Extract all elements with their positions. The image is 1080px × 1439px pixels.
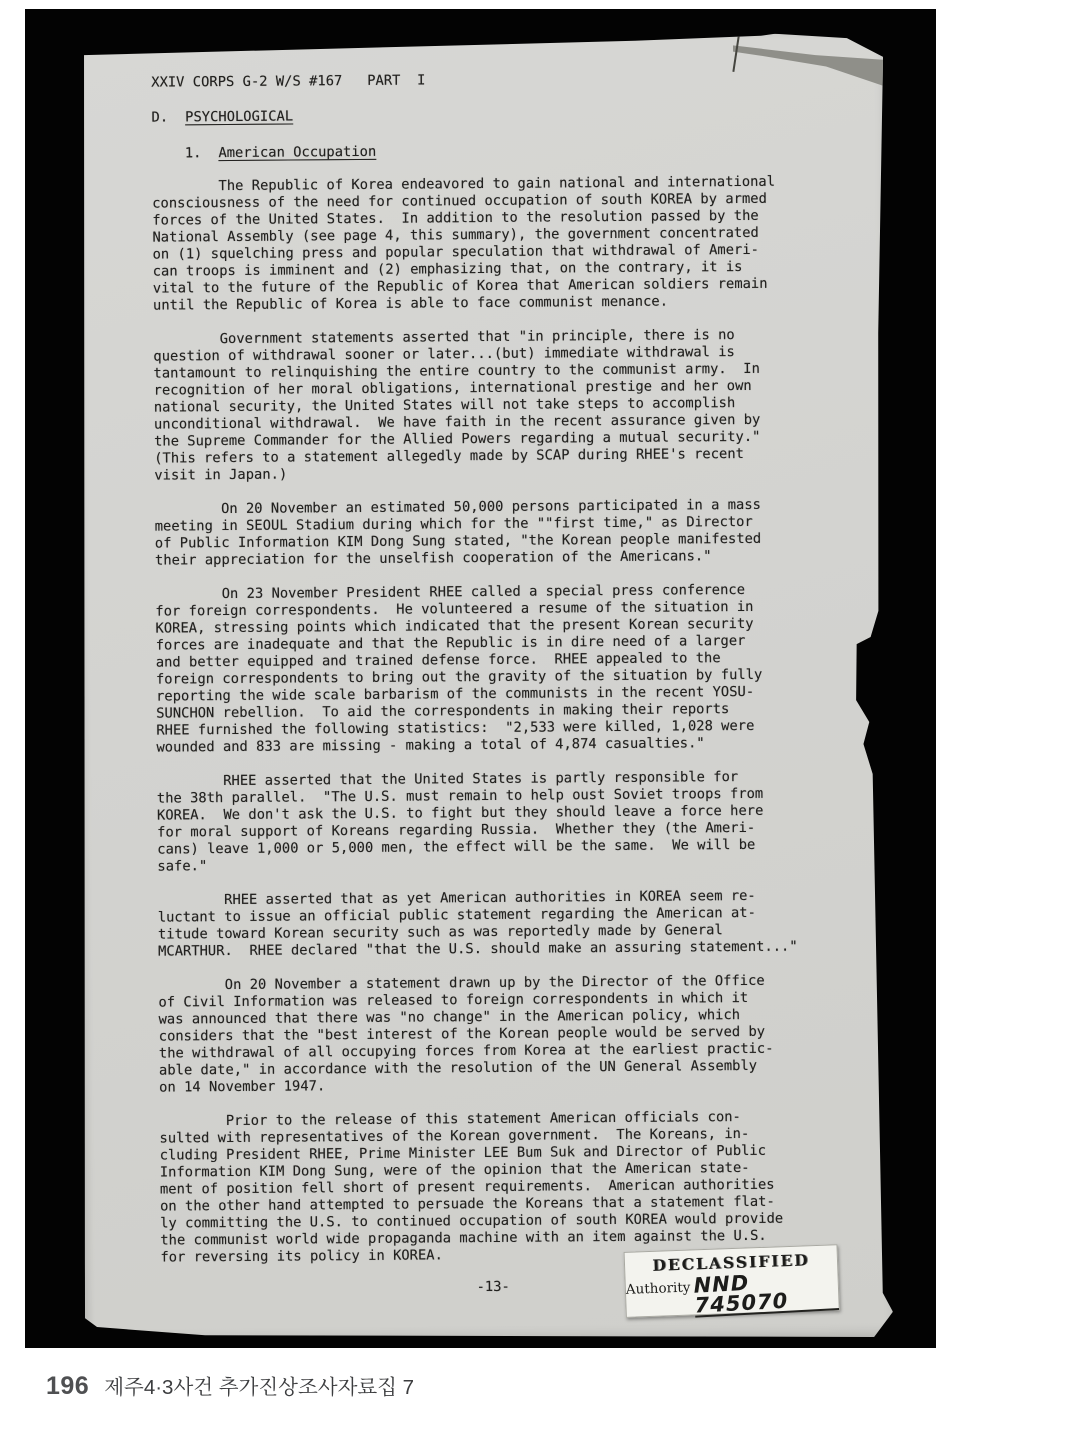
paragraph-5: RHEE asserted that the United States is … (157, 768, 823, 875)
document-header: XXIV CORPS G-2 W/S #167 PART I (151, 69, 816, 91)
book-page-number: 196 (46, 1372, 89, 1401)
subsection-title: American Occupation (218, 144, 376, 161)
section-heading: D.PSYCHOLOGICAL (151, 104, 816, 126)
subsection-heading: 1.American Occupation (185, 140, 817, 162)
paragraph-3: On 20 November an estimated 50,000 perso… (155, 496, 821, 569)
paragraph-7: On 20 November a statement drawn up by t… (158, 972, 824, 1096)
document-page: XXIV CORPS G-2 W/S #167 PART I D.PSYCHOL… (75, 33, 893, 1343)
paragraph-4: On 23 November President RHEE called a s… (155, 581, 821, 756)
paragraph-6: RHEE asserted that as yet American autho… (158, 887, 824, 960)
book-footer-caption: 196 제주4·3사건 추가진상조사자료집 7 (46, 1370, 414, 1401)
paragraph-1: The Republic of Korea endeavored to gain… (152, 173, 818, 314)
paragraph-8: Prior to the release of this statement A… (159, 1108, 825, 1266)
subsection-label: 1. (185, 145, 202, 161)
section-label: D. (151, 109, 168, 125)
paper-crack (732, 36, 739, 72)
paragraph-2: Government statements asserted that "in … (153, 326, 819, 484)
declassified-stamp-authority: Authority NND 745070 (625, 1269, 838, 1319)
scan-background: XXIV CORPS G-2 W/S #167 PART I D.PSYCHOL… (25, 9, 936, 1348)
book-title: 제주4·3사건 추가진상조사자료집 7 (104, 1370, 414, 1400)
authority-number-handwritten: NND 745070 (693, 1268, 840, 1318)
declassified-stamp: DECLASSIFIED Authority NND 745070 (624, 1244, 840, 1318)
section-title: PSYCHOLOGICAL (185, 108, 293, 125)
authority-label: Authority (626, 1280, 691, 1298)
document-text-column: XXIV CORPS G-2 W/S #167 PART I D.PSYCHOL… (151, 69, 826, 1298)
